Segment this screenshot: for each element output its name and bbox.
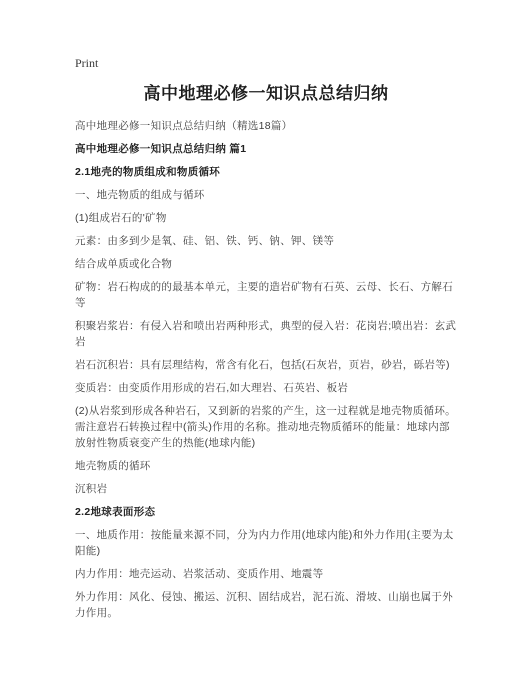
section-heading-part1: 高中地理必修一知识点总结归纳 篇1 [75, 141, 457, 157]
document-subtitle: 高中地理必修一知识点总结归纳（精选18篇） [75, 118, 457, 134]
section-heading-2-2: 2.2地球表面形态 [75, 504, 457, 520]
paragraph: 内力作用：地壳运动、岩浆活动、变质作用、地震等 [75, 566, 457, 582]
paragraph: (2)从岩浆到形成各种岩石，又到新的岩浆的产生，这一过程就是地壳物质循环。需注意… [75, 403, 457, 451]
paragraph: 结合成单质或化合物 [75, 256, 457, 272]
print-link[interactable]: Print [75, 55, 98, 71]
paragraph: 积聚岩浆岩：有侵入岩和喷出岩两种形式，典型的侵入岩：花岗岩;喷出岩：玄武岩 [75, 318, 457, 350]
paragraph: 岩石沉积岩：具有层理结构，常含有化石，包括(石灰岩，页岩，砂岩，砾岩等) [75, 357, 457, 373]
paragraph: 地壳物质的循环 [75, 458, 457, 474]
paragraph: 一、地质作用：按能量来源不同，分为内力作用(地球内能)和外力作用(主要为太阳能) [75, 527, 457, 559]
section-heading-2-1: 2.1地壳的物质组成和物质循环 [75, 164, 457, 180]
paragraph: (1)组成岩石的'矿物 [75, 210, 457, 226]
document-content: Print 高中地理必修一知识点总结归纳 高中地理必修一知识点总结归纳（精选18… [75, 54, 457, 621]
paragraph: 外力作用：风化、侵蚀、搬运、沉积、固结成岩，泥石流、滑坡、山崩也属于外力作用。 [75, 589, 457, 621]
paragraph: 矿物：岩石构成的的最基本单元，主要的造岩矿物有石英、云母、长石、方解石等 [75, 279, 457, 311]
document-title: 高中地理必修一知识点总结归纳 [75, 82, 457, 106]
paragraph: 一、地壳物质的组成与循环 [75, 187, 457, 203]
paragraph: 元素：由多到少是氧、硅、铝、铁、钙、钠、钾、镁等 [75, 233, 457, 249]
document-page: Print 高中地理必修一知识点总结归纳 高中地理必修一知识点总结归纳（精选18… [0, 0, 520, 673]
paragraph: 沉积岩 [75, 481, 457, 497]
paragraph: 变质岩：由变质作用形成的岩石,如大理岩、石英岩、板岩 [75, 380, 457, 396]
